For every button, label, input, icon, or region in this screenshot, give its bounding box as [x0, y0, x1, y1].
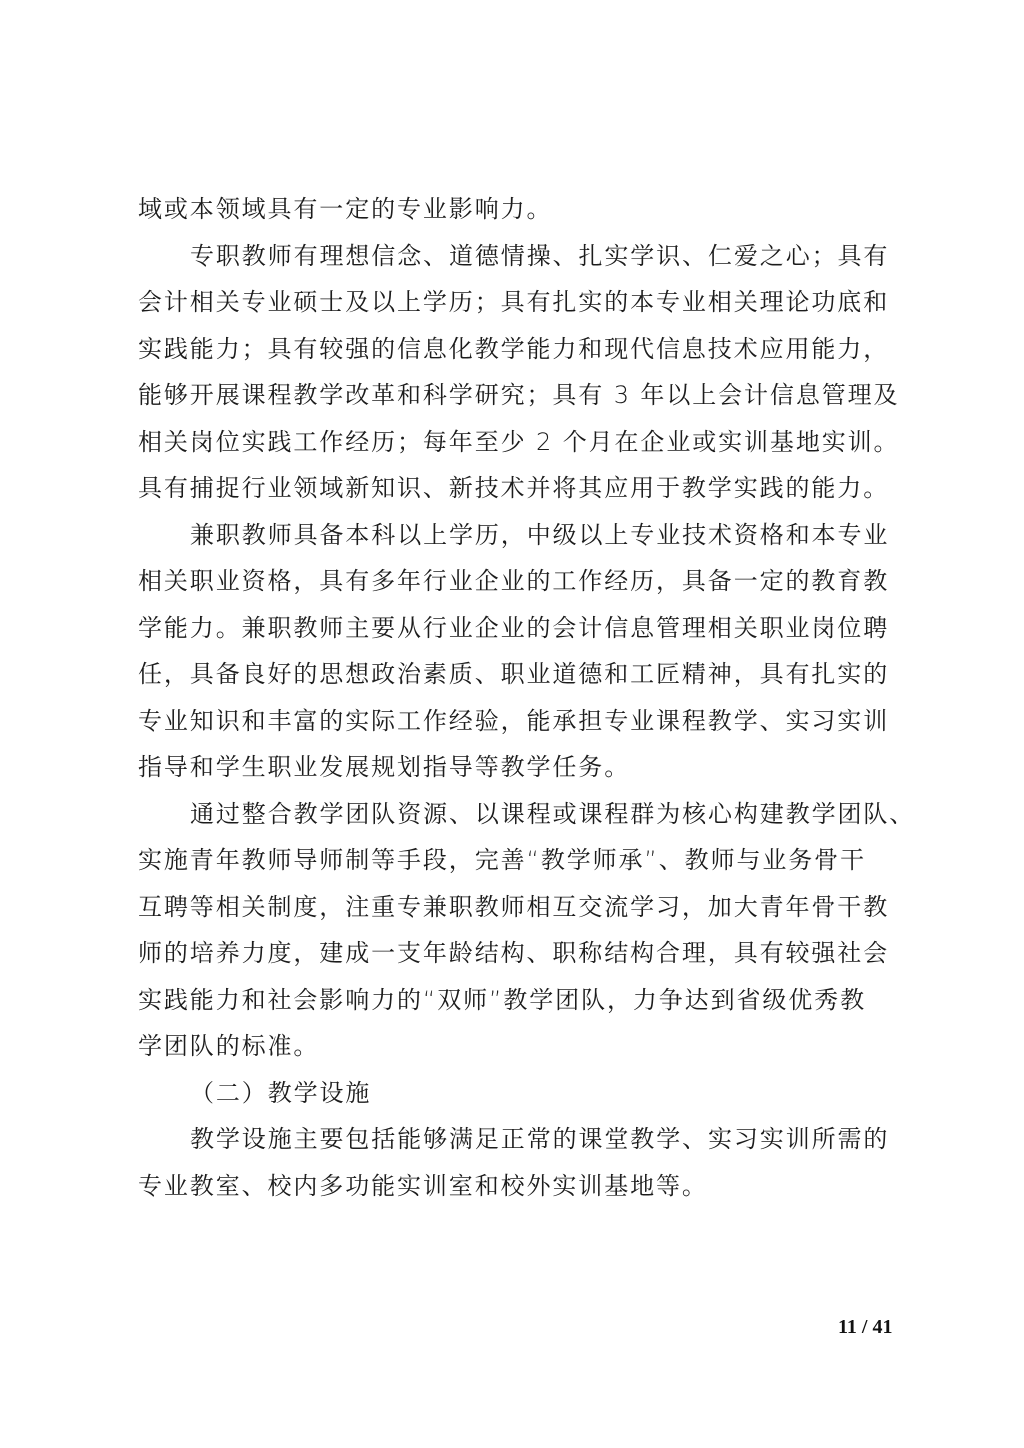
- document-page: 域或本领域具有一定的专业影响力。 专职教师有理想信念、道德情操、扎实学识、仁爱之…: [0, 0, 1024, 1448]
- paragraph-team-building: 通过整合教学团队资源、以课程或课程群为核心构建教学团队、: [138, 791, 890, 838]
- text-line: 实践能力和社会影响力的“双师”教学团队，力争达到省级优秀教: [138, 977, 890, 1024]
- text-line: 任，具备良好的思想政治素质、职业道德和工匠精神，具有扎实的: [138, 651, 890, 698]
- text-line: 专业知识和丰富的实际工作经验，能承担专业课程教学、实习实训: [138, 698, 890, 745]
- text-line: 能够开展课程教学改革和科学研究；具有 3 年以上会计信息管理及: [138, 372, 890, 419]
- text-line: 会计相关专业硕士及以上学历；具有扎实的本专业相关理论功底和: [138, 279, 890, 326]
- text-line: 实践能力；具有较强的信息化教学能力和现代信息技术应用能力，: [138, 326, 890, 373]
- text-line: 指导和学生职业发展规划指导等教学任务。: [138, 744, 890, 791]
- paragraph-part-time-teachers: 兼职教师具备本科以上学历，中级以上专业技术资格和本专业: [138, 512, 890, 559]
- text-line: 学能力。兼职教师主要从行业企业的会计信息管理相关职业岗位聘: [138, 605, 890, 652]
- section-heading-teaching-facilities: （二）教学设施: [138, 1070, 890, 1117]
- paragraph-full-time-teachers: 专职教师有理想信念、道德情操、扎实学识、仁爱之心；具有: [138, 233, 890, 280]
- text-line: 学团队的标准。: [138, 1023, 890, 1070]
- text-line: 相关岗位实践工作经历；每年至少 2 个月在企业或实训基地实训。: [138, 419, 890, 466]
- text-line: 具有捕捉行业领域新知识、新技术并将其应用于教学实践的能力。: [138, 465, 890, 512]
- text-line: 相关职业资格，具有多年行业企业的工作经历，具备一定的教育教: [138, 558, 890, 605]
- text-line: 实施青年教师导师制等手段，完善“教学师承”、教师与业务骨干: [138, 837, 890, 884]
- paragraph-teaching-facilities: 教学设施主要包括能够满足正常的课堂教学、实习实训所需的: [138, 1116, 890, 1163]
- page-number: 11 / 41: [838, 1316, 892, 1339]
- text-line: 域或本领域具有一定的专业影响力。: [138, 186, 890, 233]
- text-line: 专业教室、校内多功能实训室和校外实训基地等。: [138, 1163, 890, 1210]
- text-line: 互聘等相关制度，注重专兼职教师相互交流学习，加大青年骨干教: [138, 884, 890, 931]
- document-body: 域或本领域具有一定的专业影响力。 专职教师有理想信念、道德情操、扎实学识、仁爱之…: [138, 186, 890, 1209]
- text-line: 师的培养力度，建成一支年龄结构、职称结构合理，具有较强社会: [138, 930, 890, 977]
